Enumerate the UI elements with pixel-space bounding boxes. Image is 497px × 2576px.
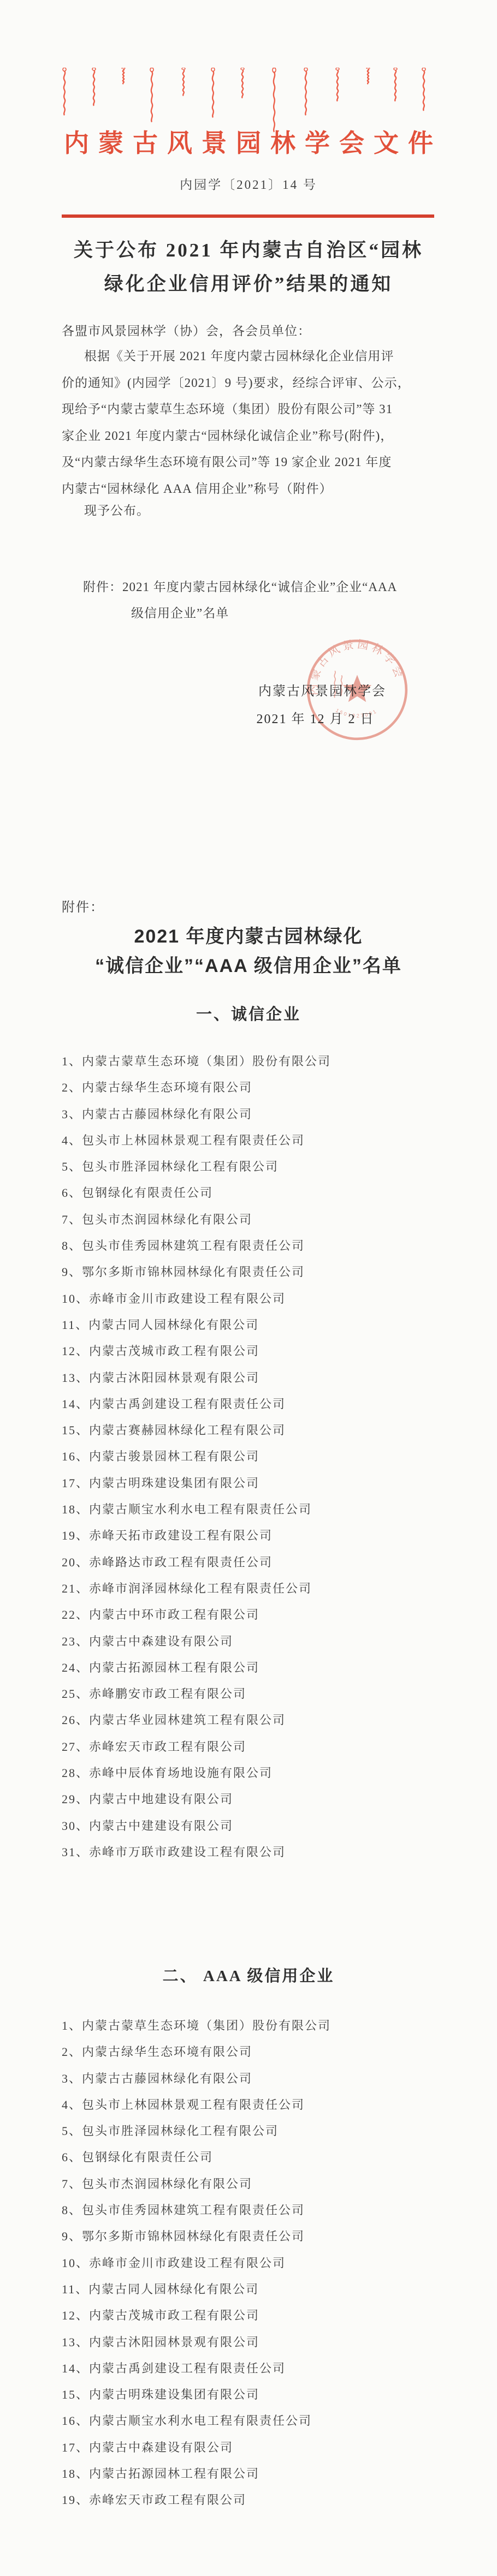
company-list-item: 25、赤峰鹏安市政工程有限公司	[62, 1681, 444, 1707]
company-list-item: 16、内蒙古骏景园林工程有限公司	[62, 1444, 444, 1470]
company-list-item: 6、包钢绿化有限责任公司	[62, 2144, 444, 2170]
company-list-item: 3、内蒙古古藤园林绿化有限公司	[62, 1101, 444, 1128]
company-list-item: 15、内蒙古明珠建设集团有限公司	[62, 2382, 444, 2408]
attachment-label: 附件：	[62, 896, 104, 915]
body-line: 家企业 2021 年度内蒙古“园林绿化诚信企业”称号(附件)，	[62, 423, 439, 450]
company-list-item: 14、内蒙古禹剑建设工程有限责任公司	[62, 1391, 444, 1417]
notice-body: 根据《关于开展 2021 年度内蒙古园林绿化企业信用评价的通知》(内园学〔202…	[62, 343, 439, 502]
body-line: 现给予“内蒙古蒙草生态环境（集团）股份有限公司”等 31	[62, 396, 439, 423]
company-list-item: 2、内蒙古绿华生态环境有限公司	[62, 2039, 444, 2065]
company-list-item: 11、内蒙古同人园林绿化有限公司	[62, 2276, 444, 2303]
company-list-item: 10、赤峰市金川市政建设工程有限公司	[62, 2250, 444, 2276]
company-list-item: 23、内蒙古中森建设有限公司	[62, 1629, 444, 1655]
section2-heading: 二、 AAA 级信用企业	[0, 1964, 497, 1986]
attachment-note-line1: 附件：2021 年度内蒙古园林绿化“诚信企业”企业“AAA	[83, 577, 397, 595]
closing-line: 现予公布。	[84, 500, 150, 518]
company-list-item: 26、内蒙古华业园林建筑工程有限公司	[62, 1707, 444, 1733]
company-list-item: 13、内蒙古沐阳园林景观有限公司	[62, 1365, 444, 1391]
document-number: 内园学〔2021〕14 号	[0, 175, 497, 193]
signature-org-name: 内蒙古风景园林学会	[0, 680, 497, 699]
attachment-note-line2: 级信用企业”名单	[131, 603, 229, 621]
company-list-item: 10、赤峰市金川市政建设工程有限公司	[62, 1286, 444, 1312]
company-list-item: 5、包头市胜泽园林绿化工程有限公司	[62, 2118, 444, 2144]
aaa-credit-company-list: 1、内蒙古蒙草生态环境（集团）股份有限公司2、内蒙古绿华生态环境有限公司3、内蒙…	[62, 2013, 444, 2514]
company-list-item: 4、包头市上林园林景观工程有限责任公司	[62, 1128, 444, 1154]
company-list-item: 4、包头市上林园林景观工程有限责任公司	[62, 2092, 444, 2118]
body-line: 及“内蒙古绿华生态环境有限公司”等 19 家企业 2021 年度	[62, 449, 439, 476]
notice-title-line2: 绿化企业信用评价”结果的通知	[0, 269, 497, 296]
company-list-item: 28、赤峰中辰体育场地设施有限公司	[62, 1760, 444, 1786]
notice-title-line1: 关于公布 2021 年内蒙古自治区“园林	[0, 235, 497, 263]
company-list-item: 29、内蒙古中地建设有限公司	[62, 1786, 444, 1812]
company-list-item: 20、赤峰路达市政工程有限责任公司	[62, 1549, 444, 1576]
company-list-item: 2、内蒙古绿华生态环境有限公司	[62, 1075, 444, 1101]
company-list-item: 17、内蒙古中森建设有限公司	[62, 2435, 444, 2461]
body-line: 价的通知》(内园学〔2021〕9 号)要求，经综合评审、公示，	[62, 370, 439, 397]
company-list-item: 17、内蒙古明珠建设集团有限公司	[62, 1470, 444, 1496]
company-list-item: 24、内蒙古拓源园林工程有限公司	[62, 1655, 444, 1681]
company-list-item: 21、赤峰市润泽园林绿化工程有限责任公司	[62, 1576, 444, 1602]
body-line: 根据《关于开展 2021 年度内蒙古园林绿化企业信用评	[62, 343, 439, 370]
company-list-item: 12、内蒙古茂城市政工程有限公司	[62, 2303, 444, 2329]
scanned-document-page: 内蒙古风景园林学会文件 内园学〔2021〕14 号 关于公布 2021 年内蒙古…	[0, 0, 497, 2576]
salutation: 各盟市风景园林学（协）会，各会员单位：	[62, 321, 311, 339]
company-list-item: 14、内蒙古禹剑建设工程有限责任公司	[62, 2356, 444, 2382]
company-list-item: 13、内蒙古沐阳园林景观有限公司	[62, 2329, 444, 2356]
company-list-item: 7、包头市杰润园林绿化有限公司	[62, 1207, 444, 1233]
company-list-item: 8、包头市佳秀园林建筑工程有限责任公司	[62, 1233, 444, 1259]
company-list-item: 18、内蒙古拓源园林工程有限公司	[62, 2461, 444, 2487]
trustworthy-company-list: 1、内蒙古蒙草生态环境（集团）股份有限公司2、内蒙古绿华生态环境有限公司3、内蒙…	[62, 1048, 444, 1865]
company-list-item: 7、包头市杰润园林绿化有限公司	[62, 2171, 444, 2197]
company-list-item: 19、赤峰宏天市政工程有限公司	[62, 2487, 444, 2513]
company-list-item: 3、内蒙古古藤园林绿化有限公司	[62, 2066, 444, 2092]
company-list-item: 1、内蒙古蒙草生态环境（集团）股份有限公司	[62, 2013, 444, 2039]
company-list-item: 18、内蒙古顺宝水利水电工程有限责任公司	[62, 1496, 444, 1523]
company-list-item: 12、内蒙古茂城市政工程有限公司	[62, 1338, 444, 1364]
company-list-item: 1、内蒙古蒙草生态环境（集团）股份有限公司	[62, 1048, 444, 1075]
company-list-item: 5、包头市胜泽园林绿化工程有限公司	[62, 1154, 444, 1180]
company-list-item: 31、赤峰市万联市政建设工程有限公司	[62, 1839, 444, 1865]
company-list-item: 6、包钢绿化有限责任公司	[62, 1180, 444, 1206]
company-list-item: 9、鄂尔多斯市锦林园林绿化有限责任公司	[62, 1259, 444, 1285]
company-list-item: 15、内蒙古赛赫园林绿化工程有限公司	[62, 1417, 444, 1444]
company-list-item: 27、赤峰宏天市政工程有限公司	[62, 1734, 444, 1760]
body-line: 内蒙古“园林绿化 AAA 信用企业”称号（附件）	[62, 476, 439, 503]
company-list-item: 16、内蒙古顺宝水利水电工程有限责任公司	[62, 2408, 444, 2434]
company-list-item: 30、内蒙古中建建设有限公司	[62, 1813, 444, 1839]
red-divider-rule	[62, 214, 434, 218]
company-list-item: 9、鄂尔多斯市锦林园林绿化有限责任公司	[62, 2223, 444, 2250]
attachment-title-line2: “诚信企业”“AAA 级信用企业”名单	[0, 951, 497, 977]
company-list-item: 19、赤峰天拓市政建设工程有限公司	[62, 1523, 444, 1549]
company-list-item: 8、包头市佳秀园林建筑工程有限责任公司	[62, 2197, 444, 2223]
section1-heading: 一、诚信企业	[0, 1002, 497, 1024]
company-list-item: 11、内蒙古同人园林绿化有限公司	[62, 1312, 444, 1338]
company-list-item: 22、内蒙古中环市政工程有限公司	[62, 1602, 444, 1628]
attachment-title-line1: 2021 年度内蒙古园林绿化	[0, 921, 497, 948]
signature-date: 2021 年 12 月 2 日	[0, 708, 497, 727]
letterhead-org-title: 内蒙古风景园林学会文件	[0, 123, 497, 159]
